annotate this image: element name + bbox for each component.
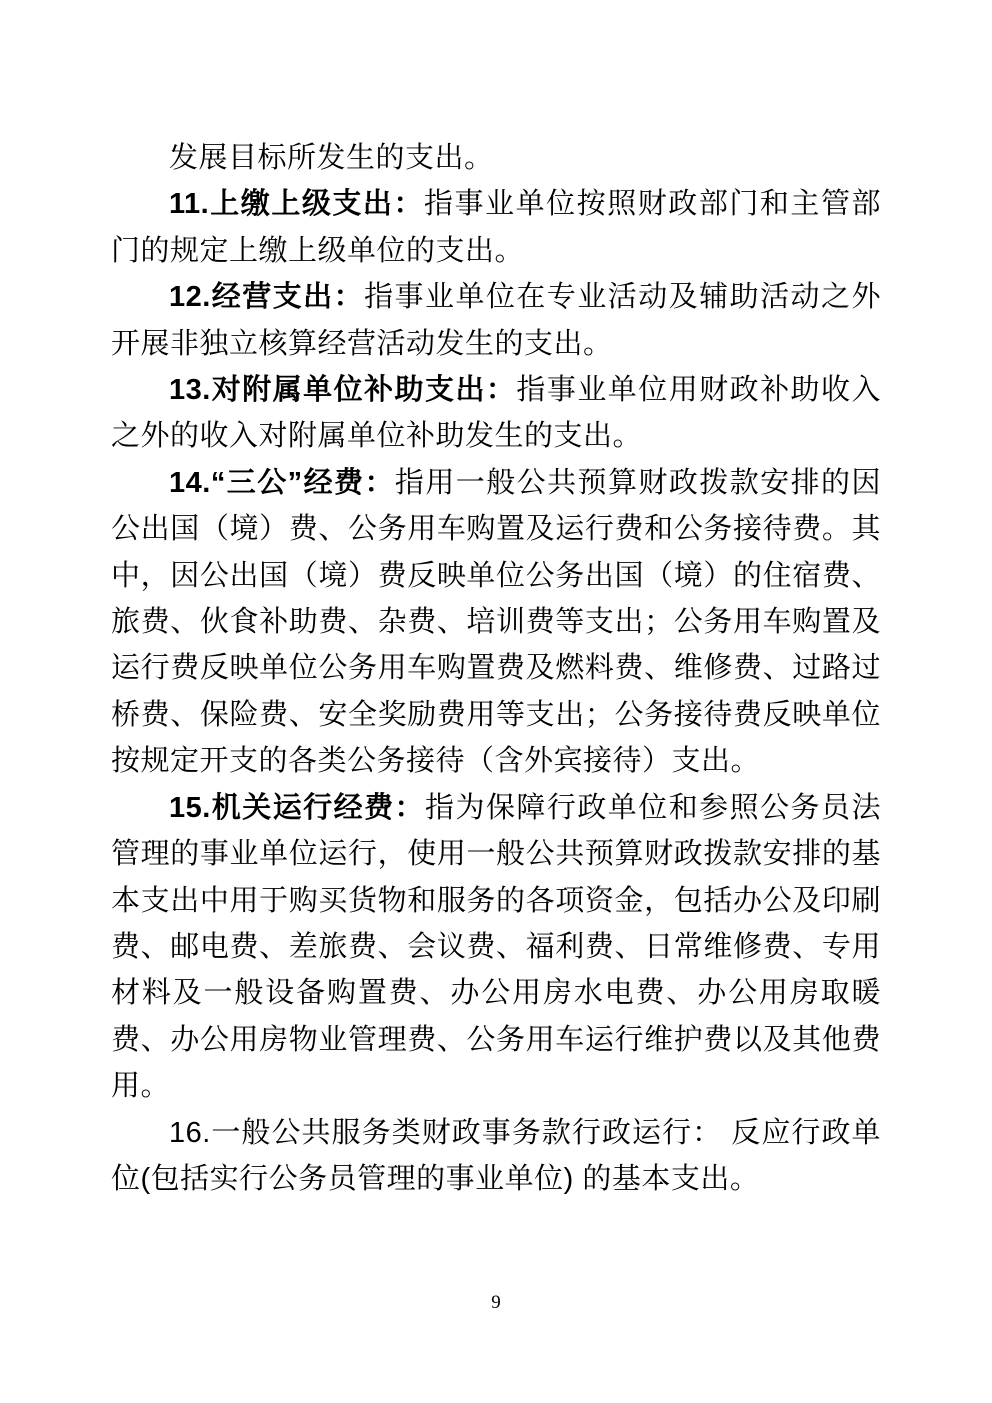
term-label: 13.对附属单位补助支出： [169, 374, 516, 406]
term-label: 14.“三公”经费： [169, 467, 395, 499]
document-body: 发展目标所发生的支出。 11.上缴上级支出：指事业单位按照财政部门和主管部门的规… [111, 135, 881, 1202]
term-definition: 16.一般公共服务类财政事务款行政运行： 反应行政单位(包括实行公务员管理的事业… [111, 1117, 881, 1195]
term-definition: 发展目标所发生的支出。 [169, 142, 494, 174]
definition-15: 15.机关运行经费：指为保障行政单位和参照公务员法管理的事业单位运行，使用一般公… [111, 785, 881, 1110]
term-label: 15.机关运行经费： [169, 792, 425, 824]
term-definition: 指用一般公共预算财政拨款安排的因公出国（境）费、公务用车购置及运行费和公务接待费… [111, 467, 881, 777]
document-page: 发展目标所发生的支出。 11.上缴上级支出：指事业单位按照财政部门和主管部门的规… [0, 0, 992, 1403]
term-label: 12.经营支出： [169, 281, 364, 313]
term-definition: 指为保障行政单位和参照公务员法管理的事业单位运行，使用一般公共预算财政拨款安排的… [111, 792, 881, 1102]
definition-11: 11.上缴上级支出：指事业单位按照财政部门和主管部门的规定上缴上级单位的支出。 [111, 181, 881, 274]
definition-14: 14.“三公”经费：指用一般公共预算财政拨款安排的因公出国（境）费、公务用车购置… [111, 460, 881, 785]
definition-12: 12.经营支出：指事业单位在专业活动及辅助活动之外开展非独立核算经营活动发生的支… [111, 274, 881, 367]
definition-13: 13.对附属单位补助支出：指事业单位用财政补助收入之外的收入对附属单位补助发生的… [111, 367, 881, 460]
page-number: 9 [0, 1292, 992, 1314]
paragraph-continuation: 发展目标所发生的支出。 [111, 135, 881, 181]
term-label: 11.上缴上级支出： [169, 188, 424, 220]
definition-16: 16.一般公共服务类财政事务款行政运行： 反应行政单位(包括实行公务员管理的事业… [111, 1110, 881, 1203]
